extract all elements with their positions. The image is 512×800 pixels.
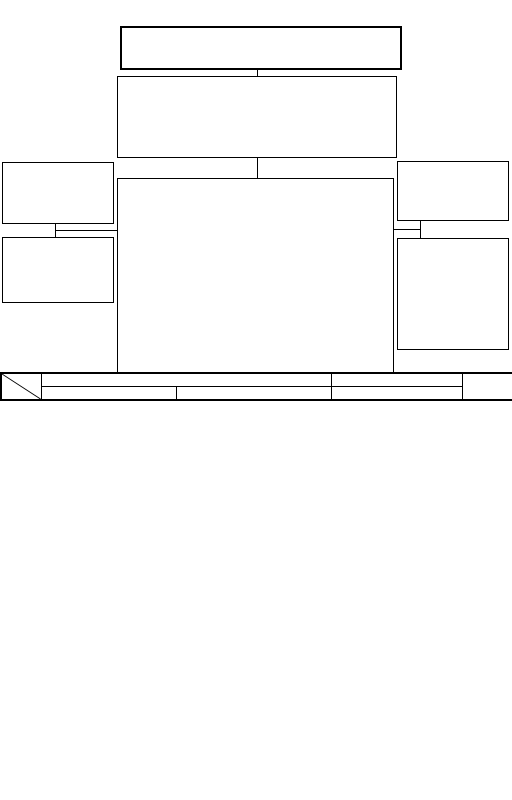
header-other [462,373,512,400]
table-header-group-row [1,373,512,387]
school-efforts-box [117,178,394,373]
education-board-box [397,161,509,221]
related-agencies-box [397,238,509,350]
connector-line [257,158,258,178]
document-page [0,0,512,800]
annual-plan-table [0,372,512,401]
table-header-sub-row [1,387,512,401]
connector-line [394,229,421,230]
goal-box [120,26,402,70]
annual-plan-section [0,371,512,401]
header-prevention-group [41,373,331,387]
connector-line [257,68,258,76]
header-teachers-column [176,387,331,401]
community-cooperation-box [2,237,114,303]
header-diagonal [1,373,41,400]
header-early-detection-group [331,373,462,387]
family-cooperation-box [2,162,114,224]
header-students-column [41,387,176,401]
header-committee-column [331,387,462,401]
connector-line [55,230,117,231]
committee-box [117,76,397,158]
